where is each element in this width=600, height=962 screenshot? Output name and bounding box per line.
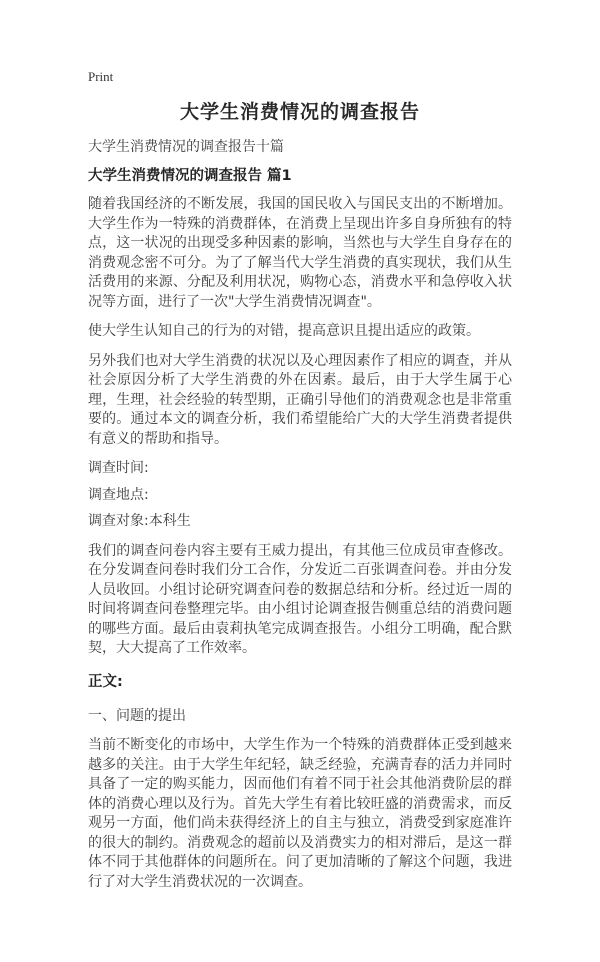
intro-paragraph-3: 另外我们也对大学生消费的状况以及心理因素作了相应的调查，并从社会原因分析了大学生… [88,352,512,450]
doc-subtitle: 大学生消费情况的调查报告十篇 [88,139,512,156]
method-paragraph: 我们的调查问卷内容主要有王威力提出，有其他三位成员审查修改。在分发调查问卷时我们… [88,542,512,659]
print-button[interactable]: Print [88,69,113,85]
survey-place-field: 调查地点: [88,486,512,506]
part-heading: 大学生消费情况的调查报告 篇1 [88,167,512,185]
survey-time-field: 调查时间: [88,459,512,479]
intro-paragraph-1: 随着我国经济的不断发展，我国的国民收入与国民支出的不断增加。大学生作为一特殊的消… [88,195,512,312]
page-title: 大学生消费情况的调查报告 [88,101,512,123]
intro-paragraph-2: 使大学生认知自己的行为的对错，提高意识且提出适应的政策。 [88,322,512,342]
document-page: Print 大学生消费情况的调查报告 大学生消费情况的调查报告十篇 大学生消费情… [0,0,600,962]
body-heading: 正文: [88,673,512,691]
section1-heading: 一、问题的提出 [88,707,512,727]
section1-paragraph: 当前不断变化的市场中，大学生作为一个特殊的消费群体正受到越来越多的关注。由于大学… [88,736,512,892]
survey-subject-field: 调查对象:本科生 [88,512,512,532]
